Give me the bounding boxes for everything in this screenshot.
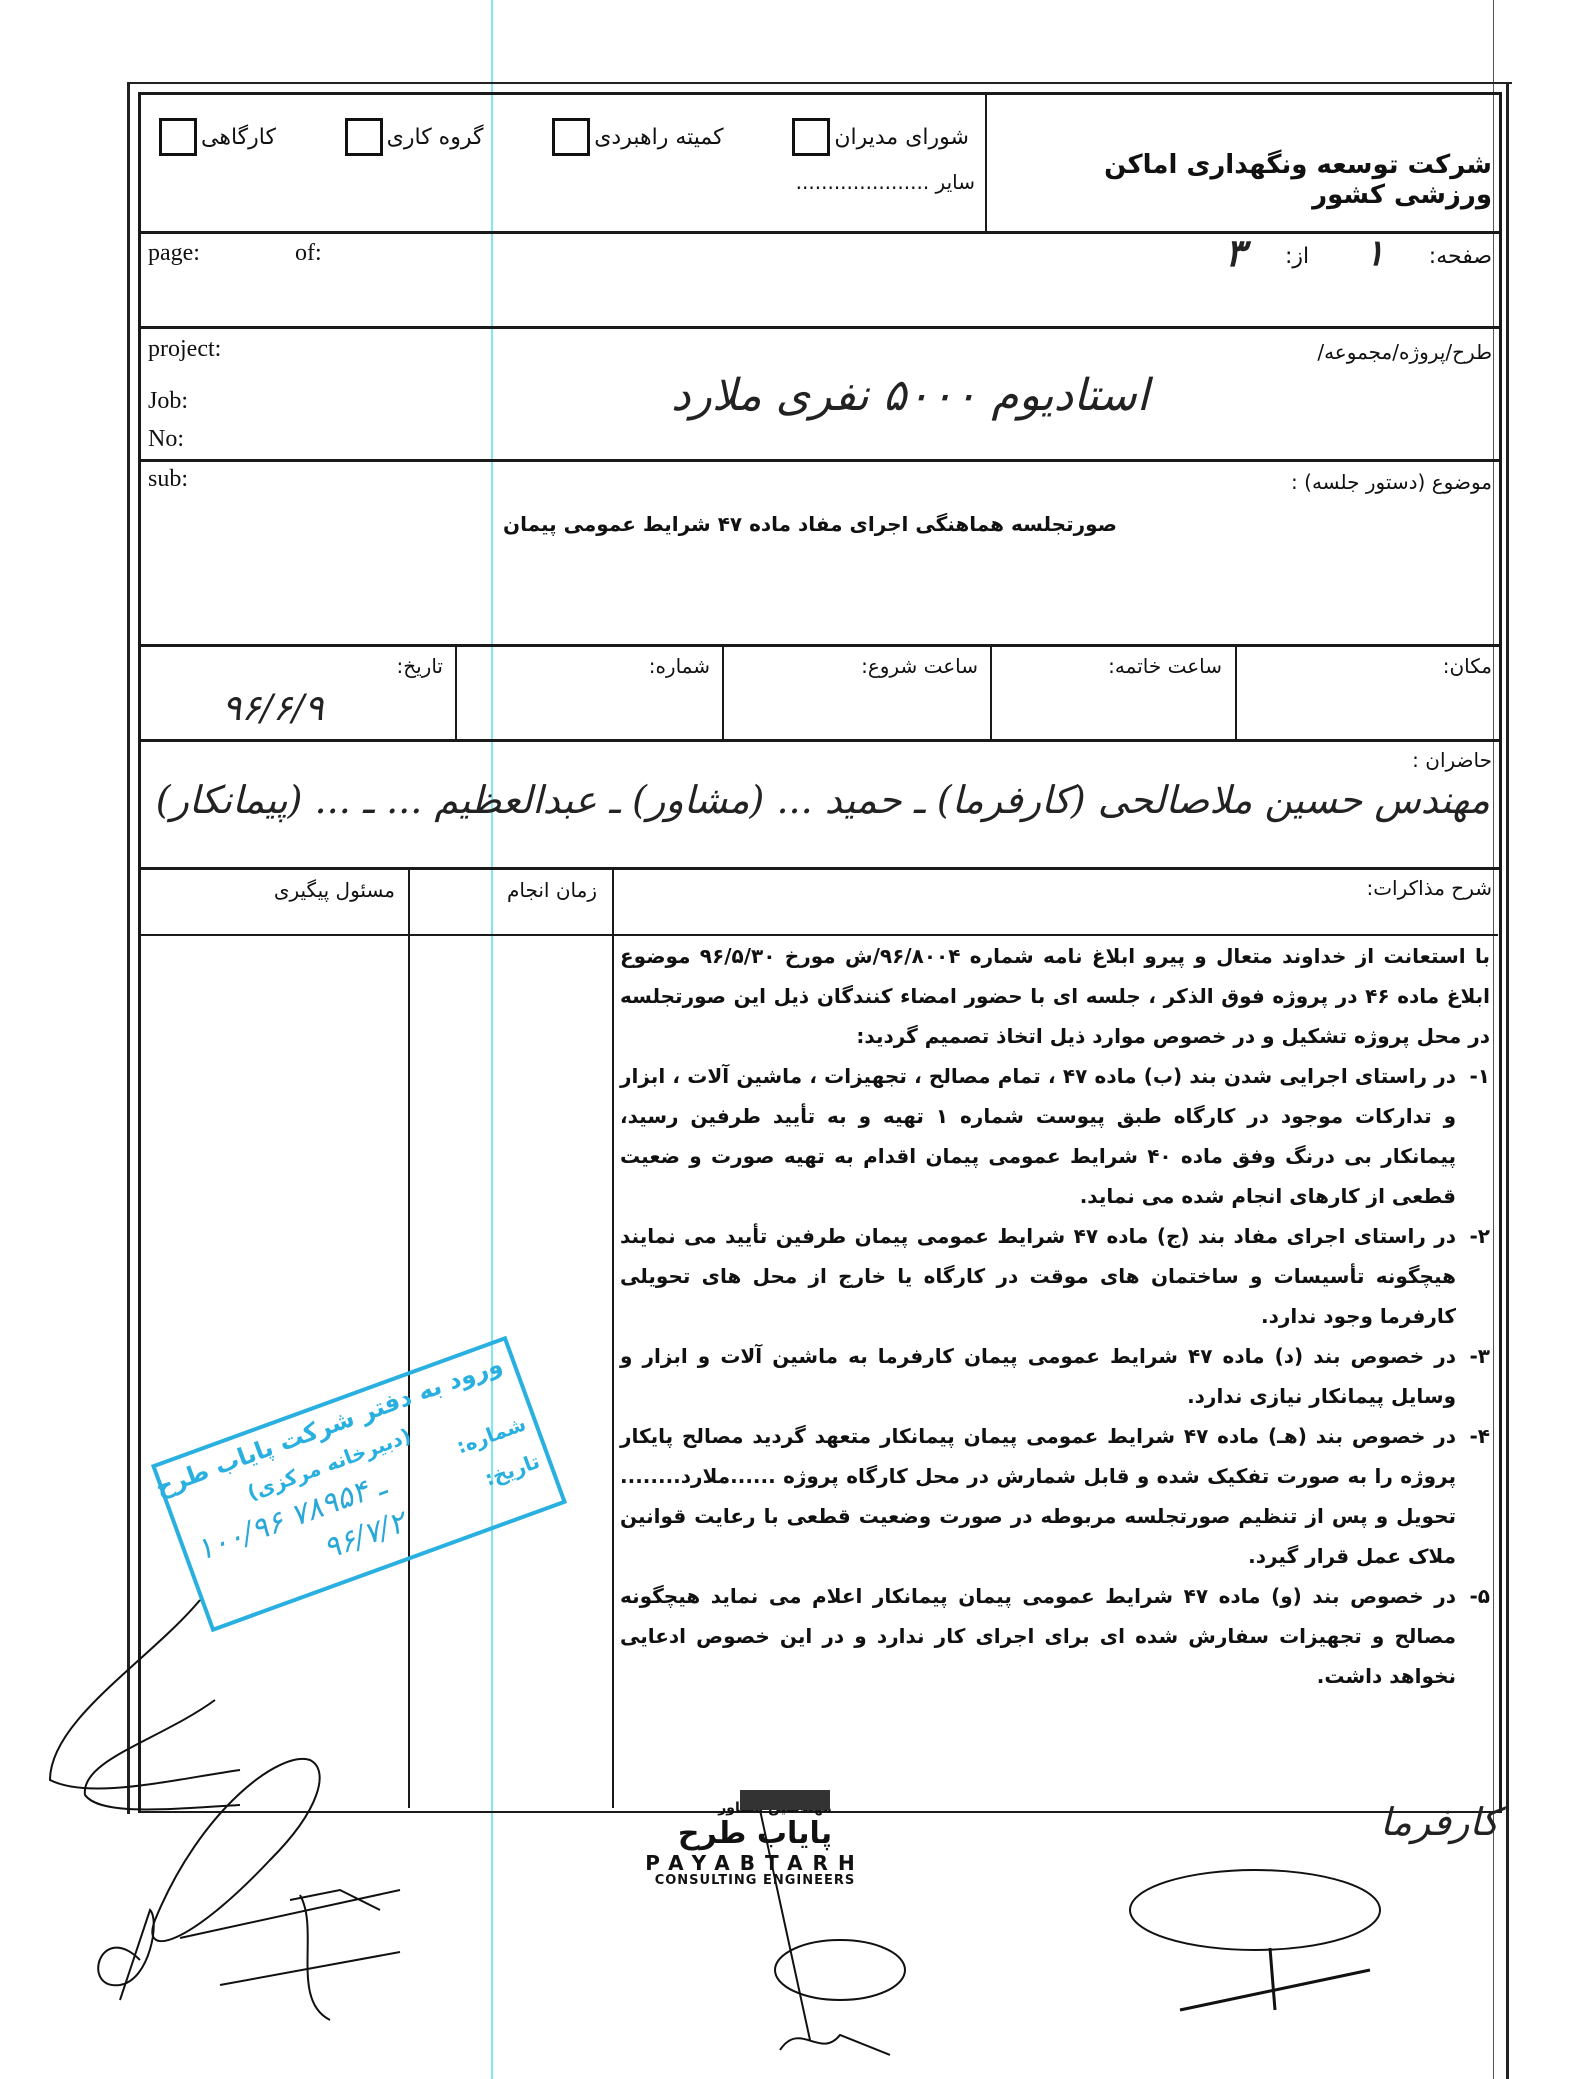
checkbox[interactable] — [345, 118, 383, 156]
discussion-item: ۱- در راستای اجرایی شدن بند (ب) ماده ۴۷ … — [620, 1056, 1490, 1216]
item-number: ۵- — [1469, 1576, 1490, 1616]
row-divider — [138, 459, 1499, 462]
no-label-en: No: — [148, 426, 184, 453]
meeting-type-steering[interactable]: کمیته راهبردی — [548, 118, 723, 156]
cell-divider — [455, 645, 457, 740]
attendees-label: حاضران : — [1412, 748, 1492, 772]
of-label-en: of: — [295, 240, 322, 267]
signature-top-left — [30, 1600, 250, 1804]
of-value: ۳ — [1225, 230, 1245, 275]
checkbox[interactable] — [552, 118, 590, 156]
meeting-type-workshop[interactable]: کارگاهی — [155, 118, 276, 156]
meeting-type-board[interactable]: شورای مدیران — [788, 118, 969, 156]
header-underline — [138, 934, 612, 936]
responsible-col-header: مسئول پیگیری — [274, 878, 395, 902]
meeting-type-label: کمیته راهبردی — [594, 125, 723, 150]
item-text: در خصوص بند (د) ماده ۴۷ شرایط عمومی پیما… — [620, 1336, 1456, 1416]
contractor-signature-label: کارفرما — [1380, 1800, 1499, 1844]
row-divider — [138, 326, 1499, 329]
item-text: در راستای اجرایی شدن بند (ب) ماده ۴۷ ، ت… — [620, 1056, 1456, 1216]
attendees-value: مهندس حسین ملاصالحی (کارفرما) ـ حمید ...… — [60, 778, 1490, 822]
end-time-label: ساعت خاتمه: — [1108, 654, 1222, 678]
page-label-en: page: — [148, 240, 200, 267]
meeting-type-group: شورای مدیران کمیته راهبردی گروه کاری کار… — [155, 118, 975, 156]
discussion-intro: با استعانت از خداوند متعال و پیرو ابلاغ … — [620, 936, 1490, 1056]
checkbox[interactable] — [792, 118, 830, 156]
meeting-type-label: کارگاهی — [201, 125, 276, 150]
number-label: شماره: — [649, 654, 710, 678]
meeting-type-label: شورای مدیران — [834, 125, 969, 150]
other-field[interactable]: سایر ..................... — [796, 170, 975, 194]
row-divider — [138, 867, 1499, 870]
date-value: ۹۶/۶/۹ — [222, 688, 324, 729]
item-number: ۱- — [1469, 1056, 1490, 1096]
signature-stroke-icon — [740, 1790, 940, 2070]
item-number: ۴- — [1469, 1416, 1490, 1456]
item-text: در راستای اجرای مفاد بند (ج) ماده ۴۷ شرا… — [620, 1216, 1456, 1336]
of-label-fa: از: — [1285, 244, 1309, 269]
form-outer-frame-right — [1506, 82, 1509, 2079]
page-value: ۱ — [1365, 232, 1384, 274]
column-divider — [612, 868, 614, 1808]
meeting-type-label: گروه کاری — [387, 125, 484, 150]
project-value: استادیوم ۵۰۰۰ نفری ملارد — [620, 370, 1200, 421]
project-label-fa: طرح/پروژه/مجموعه/ — [1317, 340, 1492, 364]
row-divider — [138, 231, 1499, 234]
discussion-body: با استعانت از خداوند متعال و پیرو ابلاغ … — [620, 936, 1490, 1696]
item-text: در خصوص بند (هـ) ماده ۴۷ شرایط عمومی پیم… — [620, 1416, 1456, 1576]
date-label: تاریخ: — [396, 654, 443, 678]
discussion-item: ۵- در خصوص بند (و) ماده ۴۷ شرایط عمومی پ… — [620, 1576, 1490, 1696]
row-divider — [138, 739, 1499, 742]
job-label-en: Job: — [148, 388, 188, 415]
start-time-label: ساعت شروع: — [861, 654, 978, 678]
signature-stroke-icon — [30, 1600, 250, 1800]
signature-center — [740, 1790, 940, 2074]
cell-divider — [722, 645, 724, 740]
meeting-type-workgroup[interactable]: گروه کاری — [341, 118, 484, 156]
subject-value: صورتجلسه هماهنگی اجرای مفاد ماده ۴۷ شرای… — [480, 512, 1140, 536]
signature-stroke-icon — [1120, 1860, 1380, 2020]
discussion-item: ۲- در راستای اجرای مفاد بند (ج) ماده ۴۷ … — [620, 1216, 1490, 1336]
row-divider — [138, 644, 1499, 647]
discussion-label: شرح مذاکرات: — [1366, 876, 1492, 900]
company-name: شرکت توسعه ونگهداری اماکن ورزشی کشور — [1012, 150, 1492, 210]
column-divider — [408, 868, 410, 1808]
time-col-header: زمان انجام — [507, 878, 597, 902]
discussion-item: ۳- در خصوص بند (د) ماده ۴۷ شرایط عمومی پ… — [620, 1336, 1490, 1416]
stamp-number-label: شماره: — [453, 1411, 529, 1458]
project-label-en: project: — [148, 336, 221, 363]
item-text: در خصوص بند (و) ماده ۴۷ شرایط عمومی پیما… — [620, 1576, 1456, 1696]
subject-label-fa: موضوع (دستور جلسه) : — [1291, 470, 1492, 494]
stamp-date-label: تاریخ: — [481, 1449, 542, 1491]
item-number: ۲- — [1469, 1216, 1490, 1256]
item-number: ۳- — [1469, 1336, 1490, 1376]
checkbox[interactable] — [159, 118, 197, 156]
subject-label-en: sub: — [148, 466, 188, 493]
location-label: مکان: — [1443, 654, 1492, 678]
page-label-fa: صفحه: — [1429, 244, 1492, 269]
cell-divider — [990, 645, 992, 740]
header-divider — [985, 92, 987, 232]
discussion-item: ۴- در خصوص بند (هـ) ماده ۴۷ شرایط عمومی … — [620, 1416, 1490, 1576]
cell-divider — [1235, 645, 1237, 740]
signature-right — [1120, 1860, 1380, 2024]
